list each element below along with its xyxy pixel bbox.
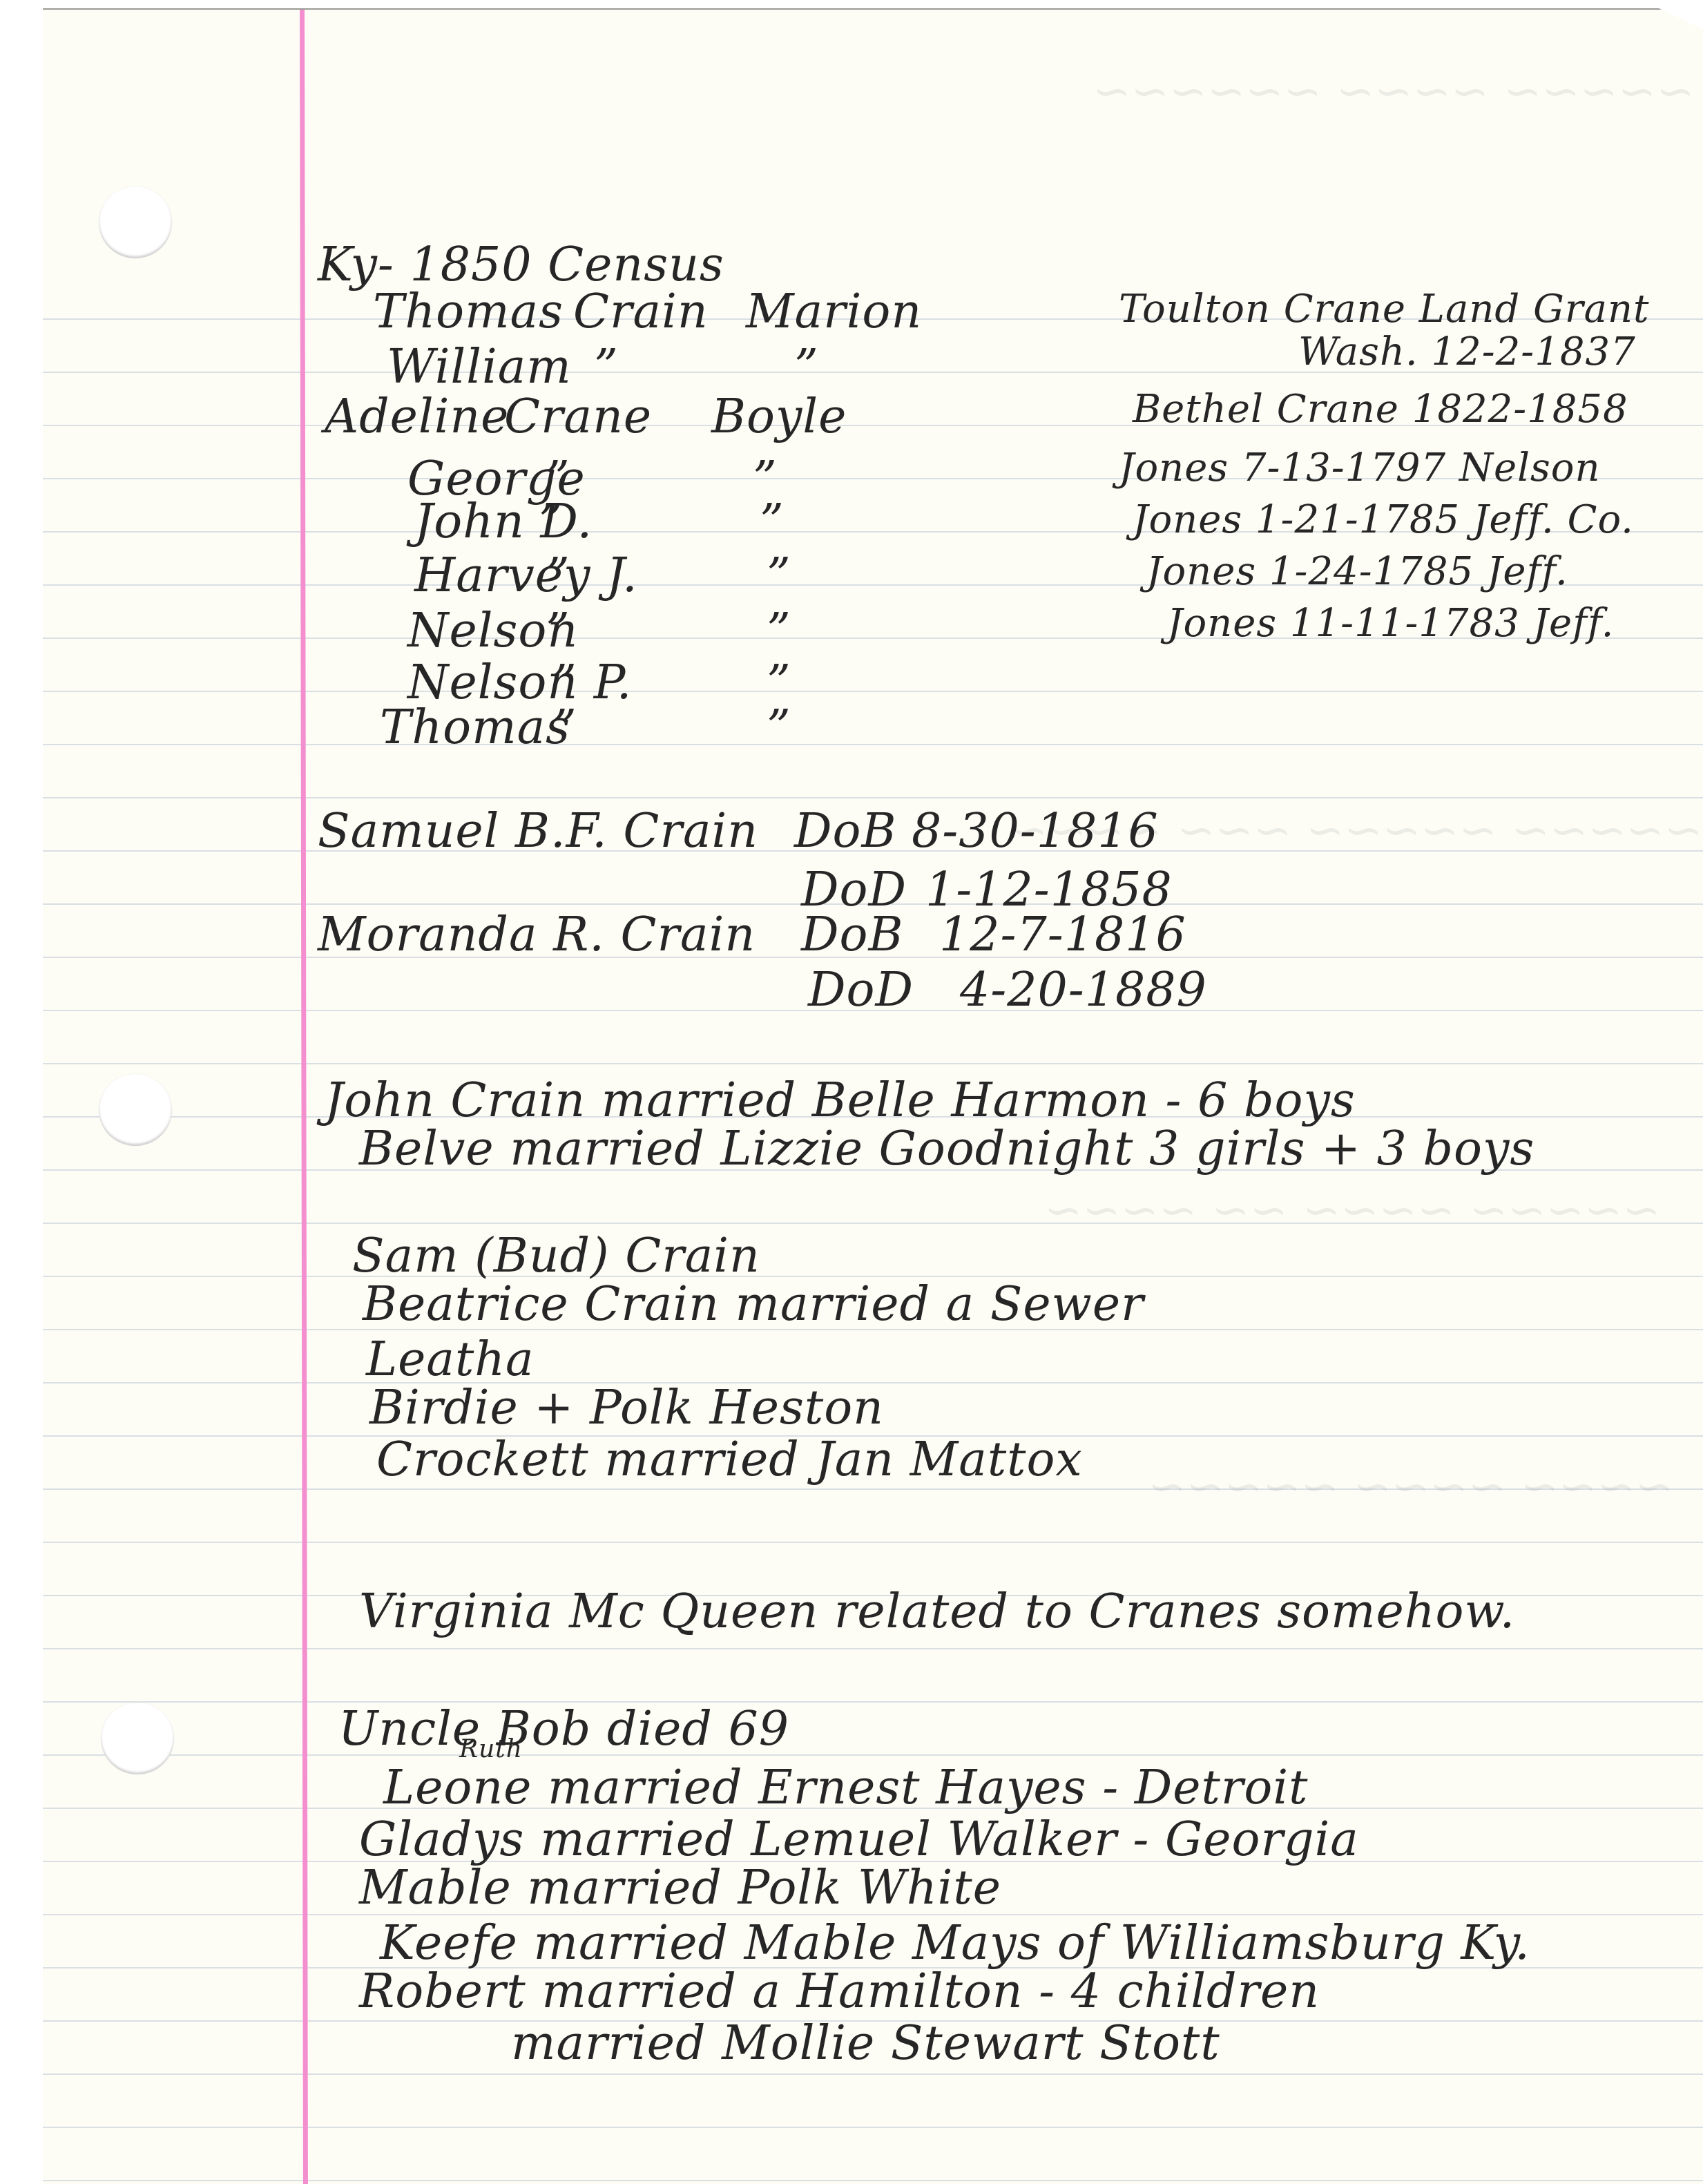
uncle-bob-line: Mable married Polk White: [359, 1865, 1001, 1912]
family-line: Sam (Bud) Crain: [352, 1233, 760, 1280]
family-line: Leatha: [366, 1337, 535, 1383]
uncle-bob-line: married Mollie Stewart Stott: [511, 2020, 1220, 2067]
uncle-bob-line: Leone married Ernest Hayes - Detroit: [383, 1765, 1308, 1812]
land-grant-entry: Jones 11-11-1783 Jeff.: [1167, 604, 1614, 643]
census-surname: ”: [546, 608, 575, 655]
census-county: ”: [767, 660, 796, 707]
dob-value: 8-30-1816: [912, 808, 1159, 855]
census-surname: Crain: [573, 289, 709, 336]
dod-label: DoD: [808, 967, 914, 1014]
bleed-through: ~~~~~ ~~~~ ~~~~~~: [1093, 65, 1694, 118]
marriage-line: John Crain married Belle Harmon - 6 boys: [325, 1077, 1356, 1124]
census-surname: ”: [539, 499, 568, 546]
uncle-bob-line: Keefe married Mable Mays of Williamsburg…: [380, 1920, 1530, 1967]
census-given: Thomas: [373, 289, 564, 336]
census-surname: ”: [552, 705, 582, 751]
census-given: William: [387, 344, 572, 391]
marriage-line: Belve married Lizzie Goodnight 3 girls +…: [359, 1126, 1534, 1173]
uncle-bob-line: Robert married a Hamilton - 4 children: [359, 1969, 1320, 2015]
land-grant-title: Toulton Crane Land Grant: [1119, 290, 1650, 329]
punch-hole-icon: [101, 1703, 174, 1774]
census-surname: Crane: [504, 394, 652, 441]
census-county: ”: [767, 705, 796, 751]
census-given: Adeline: [325, 394, 509, 441]
census-county: ”: [767, 553, 796, 600]
census-surname: ”: [546, 553, 575, 600]
family-line: Birdie + Polk Heston: [369, 1385, 884, 1432]
dob-value: 12-7-1816: [939, 912, 1186, 959]
dod-value: 1-12-1858: [925, 867, 1173, 914]
relation-note: Virginia Mc Queen related to Cranes some…: [359, 1589, 1515, 1636]
dob-label: DoB: [794, 808, 896, 855]
land-grant-subtitle: Wash. 12-2-1837: [1298, 333, 1636, 372]
census-given: Thomas: [380, 705, 570, 751]
insertion-note: Ruth: [459, 1737, 523, 1762]
census-surname: ”: [552, 660, 582, 707]
punch-hole-icon: [99, 1074, 172, 1146]
census-given: Nelson P.: [407, 660, 632, 707]
uncle-bob-heading: Uncle Bob died 69: [338, 1706, 789, 1753]
land-grant-entry: Bethel Crane 1822-1858: [1133, 390, 1628, 429]
census-county: ”: [767, 608, 796, 655]
census-county: ”: [794, 344, 824, 391]
census-heading: Ky- 1850 Census: [318, 242, 724, 289]
census-given: Harvey J.: [414, 553, 638, 600]
uncle-bob-line: Gladys married Lemuel Walker - Georgia: [359, 1817, 1359, 1864]
family-line: Beatrice Crain married a Sewer: [363, 1281, 1144, 1328]
land-grant-entry: Jones 7-13-1797 Nelson: [1119, 449, 1601, 488]
dod-value: 4-20-1889: [960, 967, 1207, 1014]
family-line: Crockett married Jan Mattox: [376, 1437, 1083, 1484]
scanned-page: ~~~~~ ~~~~ ~~~~~~ ~~~~~ ~~~~~ ~~~ ~~~~ ~…: [0, 0, 1703, 2184]
census-surname: ”: [594, 344, 624, 391]
census-county: Boyle: [711, 394, 847, 441]
vital-name: Samuel B.F. Crain: [318, 808, 758, 855]
punch-hole-icon: [99, 186, 172, 258]
dod-label: DoD: [801, 867, 907, 914]
census-county: Marion: [746, 289, 922, 336]
vital-name: Moranda R. Crain: [318, 912, 756, 959]
land-grant-entry: Jones 1-21-1785 Jeff. Co.: [1133, 501, 1634, 539]
census-county: ”: [760, 499, 789, 546]
land-grant-entry: Jones 1-24-1785 Jeff.: [1146, 553, 1568, 591]
dob-label: DoB: [801, 912, 903, 959]
